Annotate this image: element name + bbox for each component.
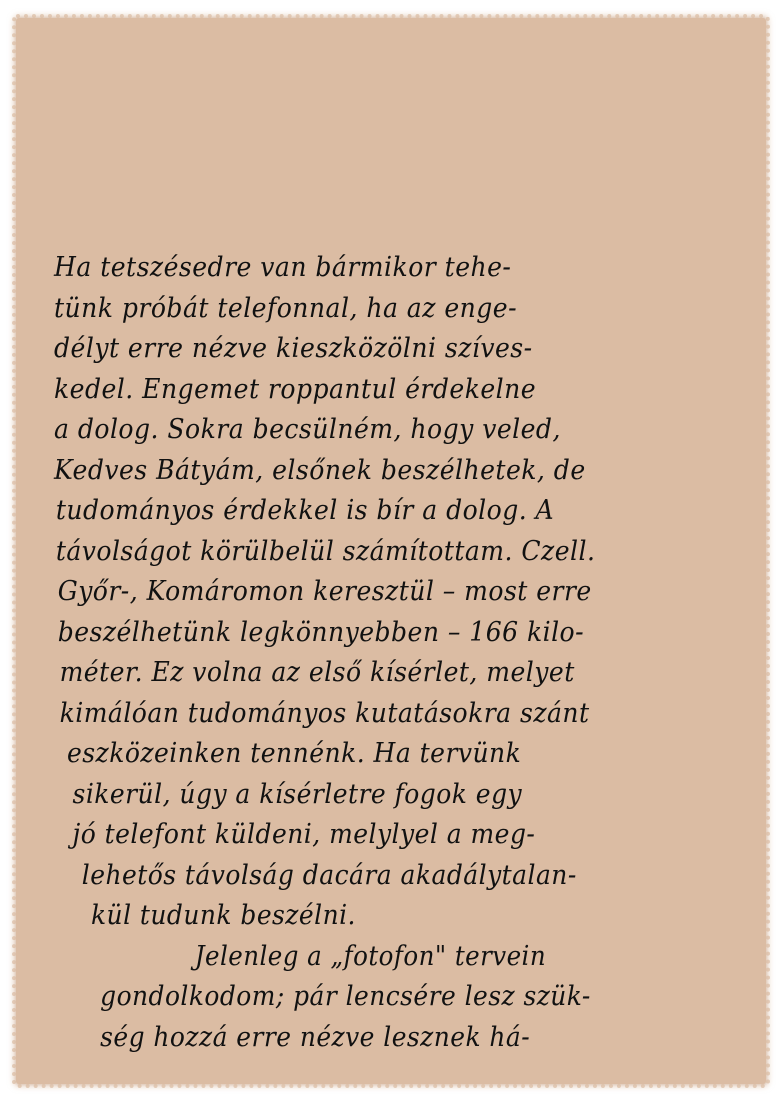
text-line: tudományos érdekkel is bír a dolog. A	[54, 491, 704, 532]
text-line: beszélhetünk legkönnyebben – 166 kilo-	[54, 613, 704, 654]
text-line: Kedves Bátyám, elsőnek beszélhetek, de	[54, 451, 704, 492]
text-line: kedel. Engemet roppantul érdekelne	[54, 370, 704, 411]
text-line: jó telefont küldeni, melylyel a meg-	[54, 815, 702, 856]
text-line: sikerül, úgy a kísérletre fogok egy	[54, 775, 702, 816]
text-line: Ha tetszésedre van bármikor tehe-	[54, 248, 704, 289]
text-line: méter. Ez volna az első kísérlet, melyet	[54, 653, 704, 694]
text-line: Győr-, Komáromon keresztül – most erre	[54, 572, 704, 613]
letter-page: Ha tetszésedre van bármikor tehe- tünk p…	[16, 18, 766, 1084]
text-line: távolságot körülbelül számítottam. Czell…	[54, 532, 704, 573]
handwritten-text: Ha tetszésedre van bármikor tehe- tünk p…	[54, 248, 754, 1058]
text-line: délyt erre nézve kieszközölni szíves-	[54, 329, 704, 370]
text-line: eszközeinken tennénk. Ha tervünk	[54, 734, 703, 775]
text-line: tünk próbát telefonnal, ha az enge-	[54, 289, 704, 330]
text-line: ség hozzá erre nézve lesznek há-	[54, 1018, 700, 1059]
text-line: a dolog. Sokra becsülném, hogy veled,	[54, 410, 704, 451]
text-line: kül tudunk beszélni.	[54, 896, 701, 937]
text-line: lehetős távolság dacára akadálytalan-	[54, 856, 702, 897]
text-line: gondolkodom; pár lencsére lesz szük-	[54, 977, 700, 1018]
text-line: Jelenleg a „fotofon" tervein	[54, 937, 690, 978]
text-line: kimálóan tudományos kutatásokra szánt	[54, 694, 704, 735]
